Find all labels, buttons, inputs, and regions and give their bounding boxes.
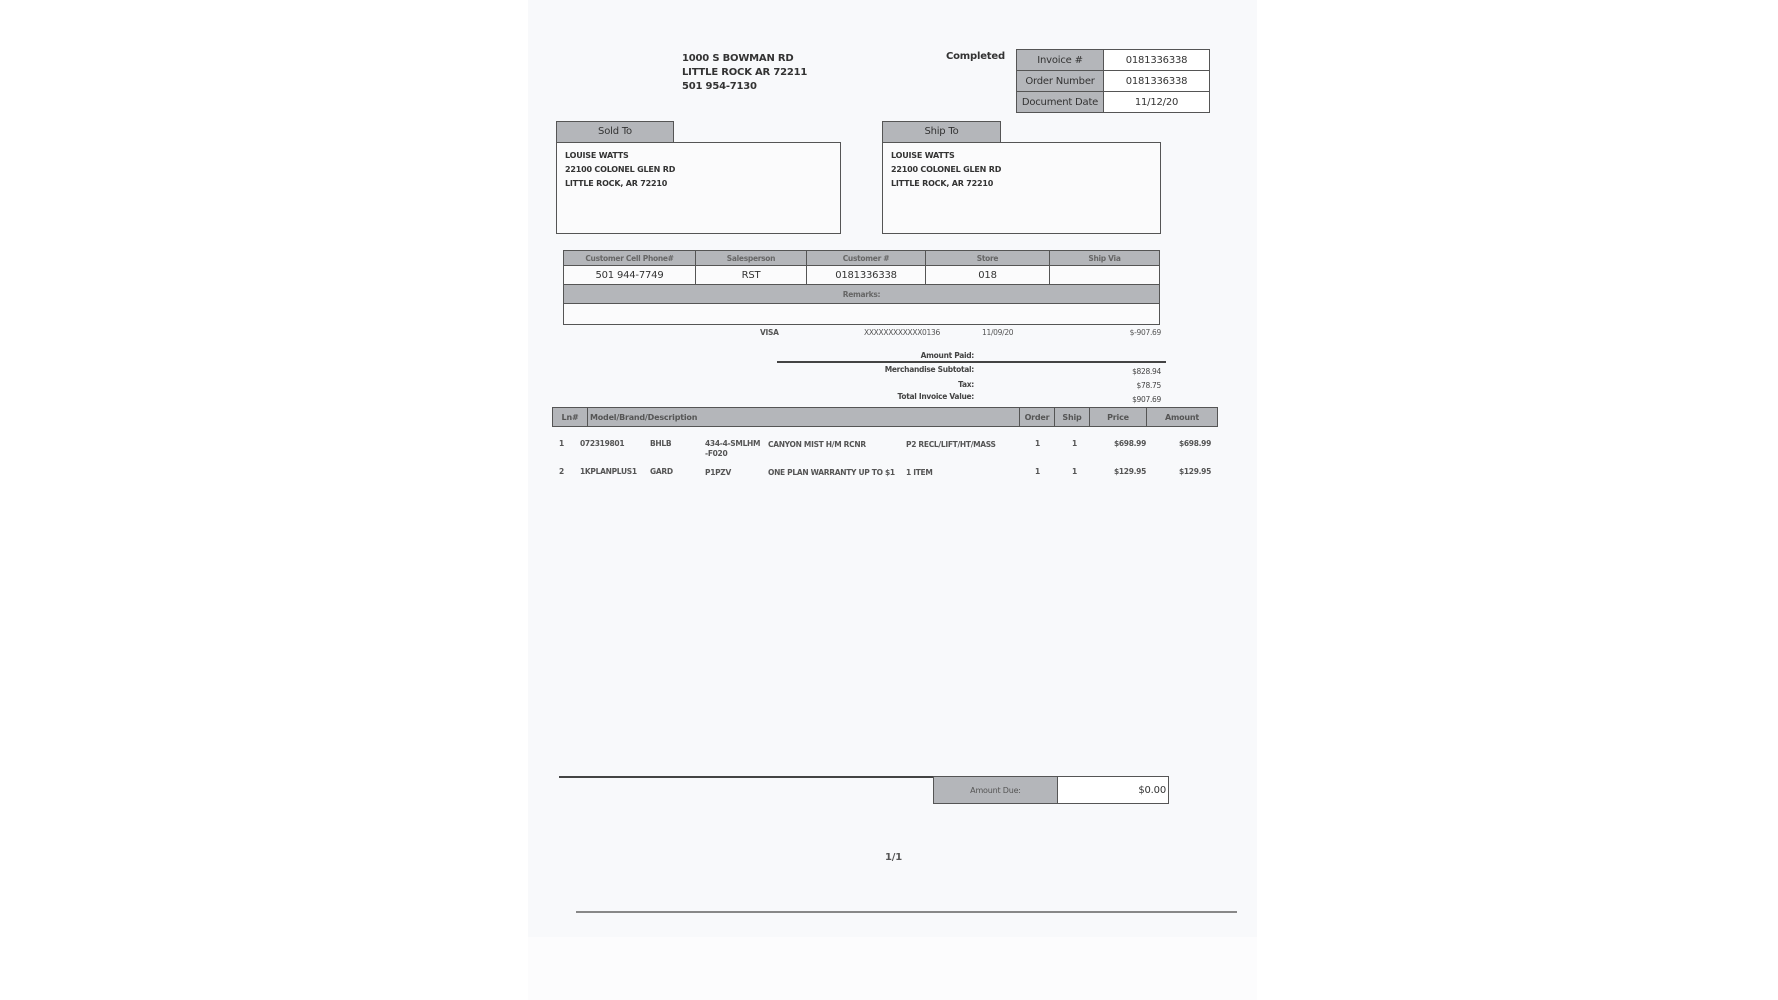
ship-to-tab: Ship To — [882, 121, 1001, 143]
row-price: $698.99 — [1090, 439, 1146, 448]
ship-via-value — [1050, 266, 1160, 285]
amount-due-divider — [559, 776, 934, 778]
order-number-value: 0181336338 — [1104, 71, 1210, 92]
row-brand: BHLB — [650, 439, 671, 448]
store-phone: 501 954-7130 — [682, 81, 757, 92]
row-amount: $698.99 — [1150, 439, 1211, 448]
tax-value: $78.75 — [1060, 381, 1161, 390]
remarks-label: Remarks: — [564, 285, 1160, 304]
row-model: 1KPLANPLUS1 — [580, 467, 637, 476]
ship-to-city: LITTLE ROCK, AR 72210 — [891, 179, 993, 188]
row-model: 072319801 — [580, 439, 624, 448]
row-order: 1 — [1035, 439, 1040, 448]
page-number: 1/1 — [885, 852, 902, 863]
row-brand: GARD — [650, 467, 673, 476]
order-number-label: Order Number — [1017, 71, 1104, 92]
row-ln: 1 — [559, 439, 564, 448]
header-description: Model/Brand/Description — [588, 408, 1020, 427]
document-date-value: 11/12/20 — [1104, 92, 1210, 113]
document-date-label: Document Date — [1017, 92, 1104, 113]
amount-paid-divider — [777, 361, 1166, 363]
row-order: 1 — [1035, 467, 1040, 476]
ship-to-street: 22100 COLONEL GLEN RD — [891, 165, 1001, 174]
payment-card: XXXXXXXXXXXX0136 — [864, 328, 940, 337]
header-amount: Amount — [1147, 408, 1218, 427]
footer-rule — [576, 911, 1237, 913]
store-value: 018 — [926, 266, 1050, 285]
page-lower-area — [528, 937, 1257, 1000]
store-address-line2: LITTLE ROCK AR 72211 — [682, 67, 807, 78]
sold-to-city: LITTLE ROCK, AR 72210 — [565, 179, 667, 188]
tax-label: Tax: — [812, 380, 974, 389]
header-store: Store — [926, 251, 1050, 266]
invoice-number-value: 0181336338 — [1104, 50, 1210, 71]
header-price: Price — [1090, 408, 1147, 427]
header-customer-phone: Customer Cell Phone# — [564, 251, 696, 266]
header-customer-number: Customer # — [807, 251, 926, 266]
invoice-number-label: Invoice # — [1017, 50, 1104, 71]
payment-method: VISA — [760, 328, 779, 337]
sold-to-tab: Sold To — [556, 121, 674, 143]
row-desc2: 1 ITEM — [906, 468, 933, 477]
ship-to-name: LOUISE WATTS — [891, 151, 955, 160]
line-items-header: Ln# Model/Brand/Description Order Ship P… — [552, 407, 1218, 427]
sold-to-street: 22100 COLONEL GLEN RD — [565, 165, 675, 174]
row-code: P1PZV — [705, 468, 731, 477]
row-desc: ONE PLAN WARRANTY UP TO $1 — [768, 468, 895, 477]
amount-due-box: Amount Due: $0.00 — [933, 776, 1169, 804]
header-order: Order — [1020, 408, 1055, 427]
header-salesperson: Salesperson — [696, 251, 807, 266]
remarks-value — [564, 304, 1160, 325]
row-desc2: P2 RECL/LIFT/HT/MASS — [906, 440, 996, 449]
amount-due-value: $0.00 — [1058, 777, 1169, 804]
merch-subtotal-value: $828.94 — [1060, 367, 1161, 376]
row-code: 434-4-SMLHM — [705, 439, 760, 448]
customer-table: Customer Cell Phone# Salesperson Custome… — [563, 250, 1160, 325]
row-price: $129.95 — [1090, 467, 1146, 476]
row-amount: $129.95 — [1150, 467, 1211, 476]
status-label: Completed — [946, 51, 1005, 62]
amount-paid-label: Amount Paid: — [812, 351, 974, 360]
header-ln: Ln# — [553, 408, 588, 427]
row-code2: -F020 — [705, 449, 727, 458]
row-ship: 1 — [1072, 467, 1077, 476]
sold-to-name: LOUISE WATTS — [565, 151, 629, 160]
invoice-info-table: Invoice # 0181336338 Order Number 018133… — [1016, 49, 1210, 113]
row-ship: 1 — [1072, 439, 1077, 448]
customer-number-value: 0181336338 — [807, 266, 926, 285]
row-desc: CANYON MIST H/M RCNR — [768, 440, 866, 449]
payment-date: 11/09/20 — [982, 328, 1013, 337]
customer-phone-value: 501 944-7749 — [564, 266, 696, 285]
total-invoice-label: Total Invoice Value: — [812, 392, 974, 401]
row-ln: 2 — [559, 467, 564, 476]
header-ship: Ship — [1055, 408, 1090, 427]
payment-amount: $-907.69 — [1060, 328, 1161, 337]
amount-due-label: Amount Due: — [934, 777, 1058, 804]
total-invoice-value: $907.69 — [1060, 395, 1161, 404]
salesperson-value: RST — [696, 266, 807, 285]
store-address-line1: 1000 S BOWMAN RD — [682, 53, 794, 64]
merch-subtotal-label: Merchandise Subtotal: — [812, 365, 974, 374]
header-ship-via: Ship Via — [1050, 251, 1160, 266]
